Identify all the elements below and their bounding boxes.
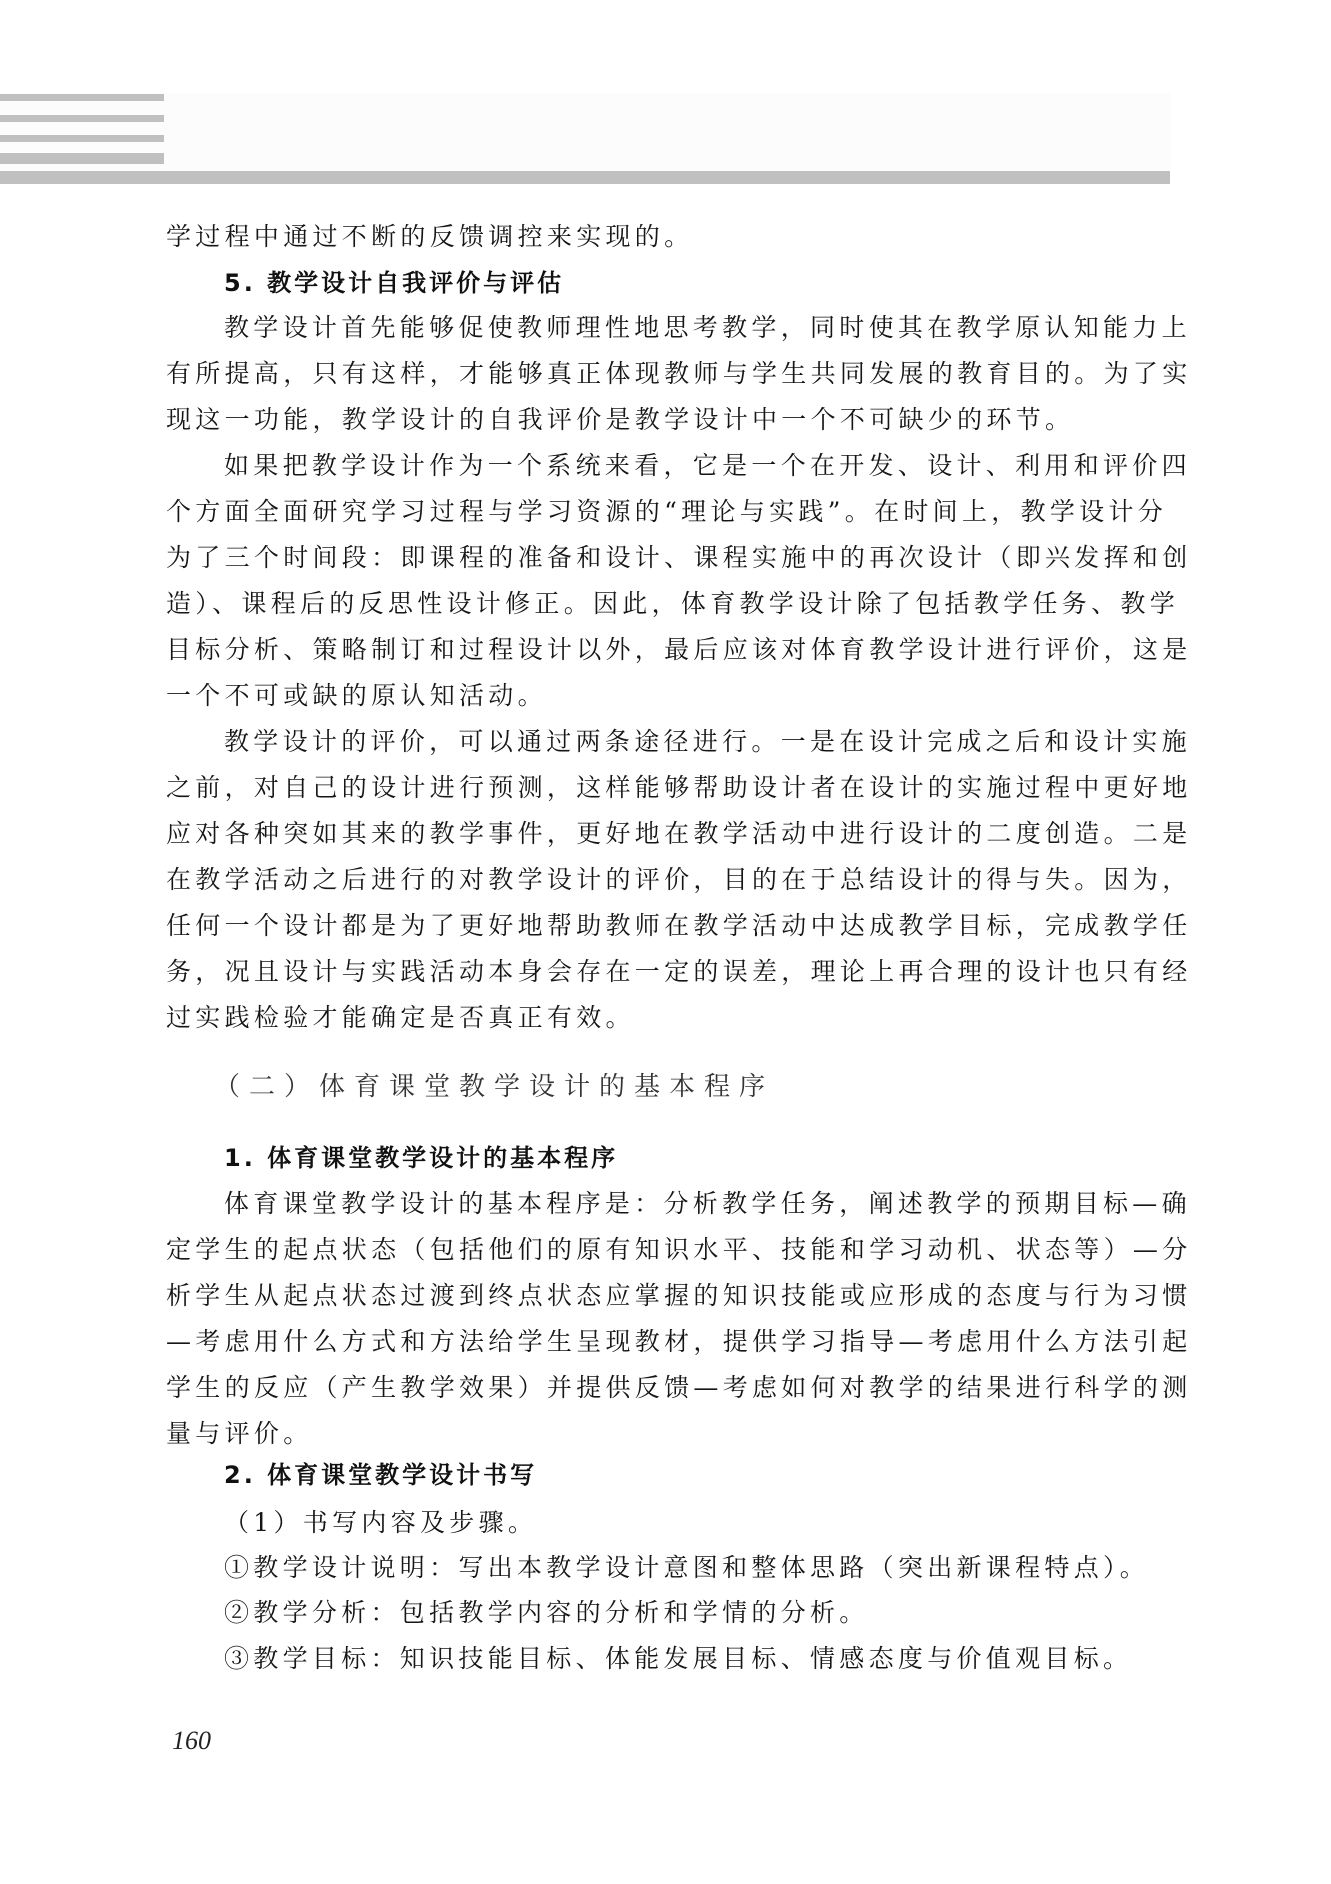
subheading-1: 1. 体育课堂教学设计的基本程序: [224, 1135, 1234, 1181]
text-line: 教学设计首先能够促使教师理性地思考教学，同时使其在教学原认知能力上: [224, 305, 1234, 351]
text-line: 有所提高，只有这样，才能够真正体现教师与学生共同发展的教育目的。为了实: [166, 351, 1176, 397]
list-item: ①教学设计说明：写出本教学设计意图和整体思路（突出新课程特点）。: [224, 1545, 1234, 1591]
subheading-5: 5. 教学设计自我评价与评估: [224, 260, 1234, 306]
text-line: 为了三个时间段：即课程的准备和设计、课程实施中的再次设计（即兴发挥和创: [166, 535, 1176, 581]
text-line: 务，况且设计与实践活动本身会存在一定的误差，理论上再合理的设计也只有经: [166, 949, 1176, 995]
text-line: 学过程中通过不断的反馈调控来实现的。: [166, 214, 1176, 260]
text-line: 学生的反应（产生教学效果）并提供反馈—考虑如何对教学的结果进行科学的测: [166, 1365, 1176, 1411]
list-item: ③教学目标：知识技能目标、体能发展目标、情感态度与价值观目标。: [224, 1636, 1234, 1682]
text-line: 如果把教学设计作为一个系统来看，它是一个在开发、设计、利用和评价四: [224, 443, 1234, 489]
header-bar-1: [0, 94, 164, 101]
header-bar-2: [0, 115, 164, 122]
text-line: 析学生从起点状态过渡到终点状态应掌握的知识技能或应形成的态度与行为习惯: [166, 1273, 1176, 1319]
text-line: 一个不可或缺的原认知活动。: [166, 673, 1176, 719]
header-bar-4: [0, 153, 164, 164]
text-line: 任何一个设计都是为了更好地帮助教师在教学活动中达成教学目标，完成教学任: [166, 903, 1176, 949]
text-line: 教学设计的评价，可以通过两条途径进行。一是在设计完成之后和设计实施: [224, 719, 1234, 765]
text-line: 在教学活动之后进行的对教学设计的评价，目的在于总结设计的得与失。因为，: [166, 857, 1176, 903]
section-heading: （二）体育课堂教学设计的基本程序: [214, 1064, 1224, 1110]
text-line: 体育课堂教学设计的基本程序是：分析教学任务，阐述教学的预期目标—确: [224, 1181, 1234, 1227]
header-rule: [0, 171, 1170, 184]
list-item: ②教学分析：包括教学内容的分析和学情的分析。: [224, 1590, 1234, 1636]
subheading-2: 2. 体育课堂教学设计书写: [224, 1452, 1234, 1498]
header-band: [0, 93, 1170, 171]
header-bar-3: [0, 135, 164, 142]
text-line: —考虑用什么方式和方法给学生呈现教材，提供学习指导—考虑用什么方法引起: [166, 1319, 1176, 1365]
text-line: 之前，对自己的设计进行预测，这样能够帮助设计者在设计的实施过程中更好地: [166, 765, 1176, 811]
text-line: 现这一功能，教学设计的自我评价是教学设计中一个不可缺少的环节。: [166, 397, 1176, 443]
text-line: 定学生的起点状态（包括他们的原有知识水平、技能和学习动机、状态等）—分: [166, 1227, 1176, 1273]
text-line: 量与评价。: [166, 1411, 1176, 1457]
page-number: 160: [172, 1726, 211, 1756]
list-heading: （1）书写内容及步骤。: [224, 1500, 1234, 1546]
text-line: 目标分析、策略制订和过程设计以外，最后应该对体育教学设计进行评价，这是: [166, 627, 1176, 673]
text-line: 过实践检验才能确定是否真正有效。: [166, 995, 1176, 1041]
text-line: 个方面全面研究学习过程与学习资源的“理论与实践”。在时间上，教学设计分: [166, 489, 1176, 535]
text-line: 造）、课程后的反思性设计修正。因此，体育教学设计除了包括教学任务、教学: [166, 581, 1176, 627]
text-line: 应对各种突如其来的教学事件，更好地在教学活动中进行设计的二度创造。二是: [166, 811, 1176, 857]
